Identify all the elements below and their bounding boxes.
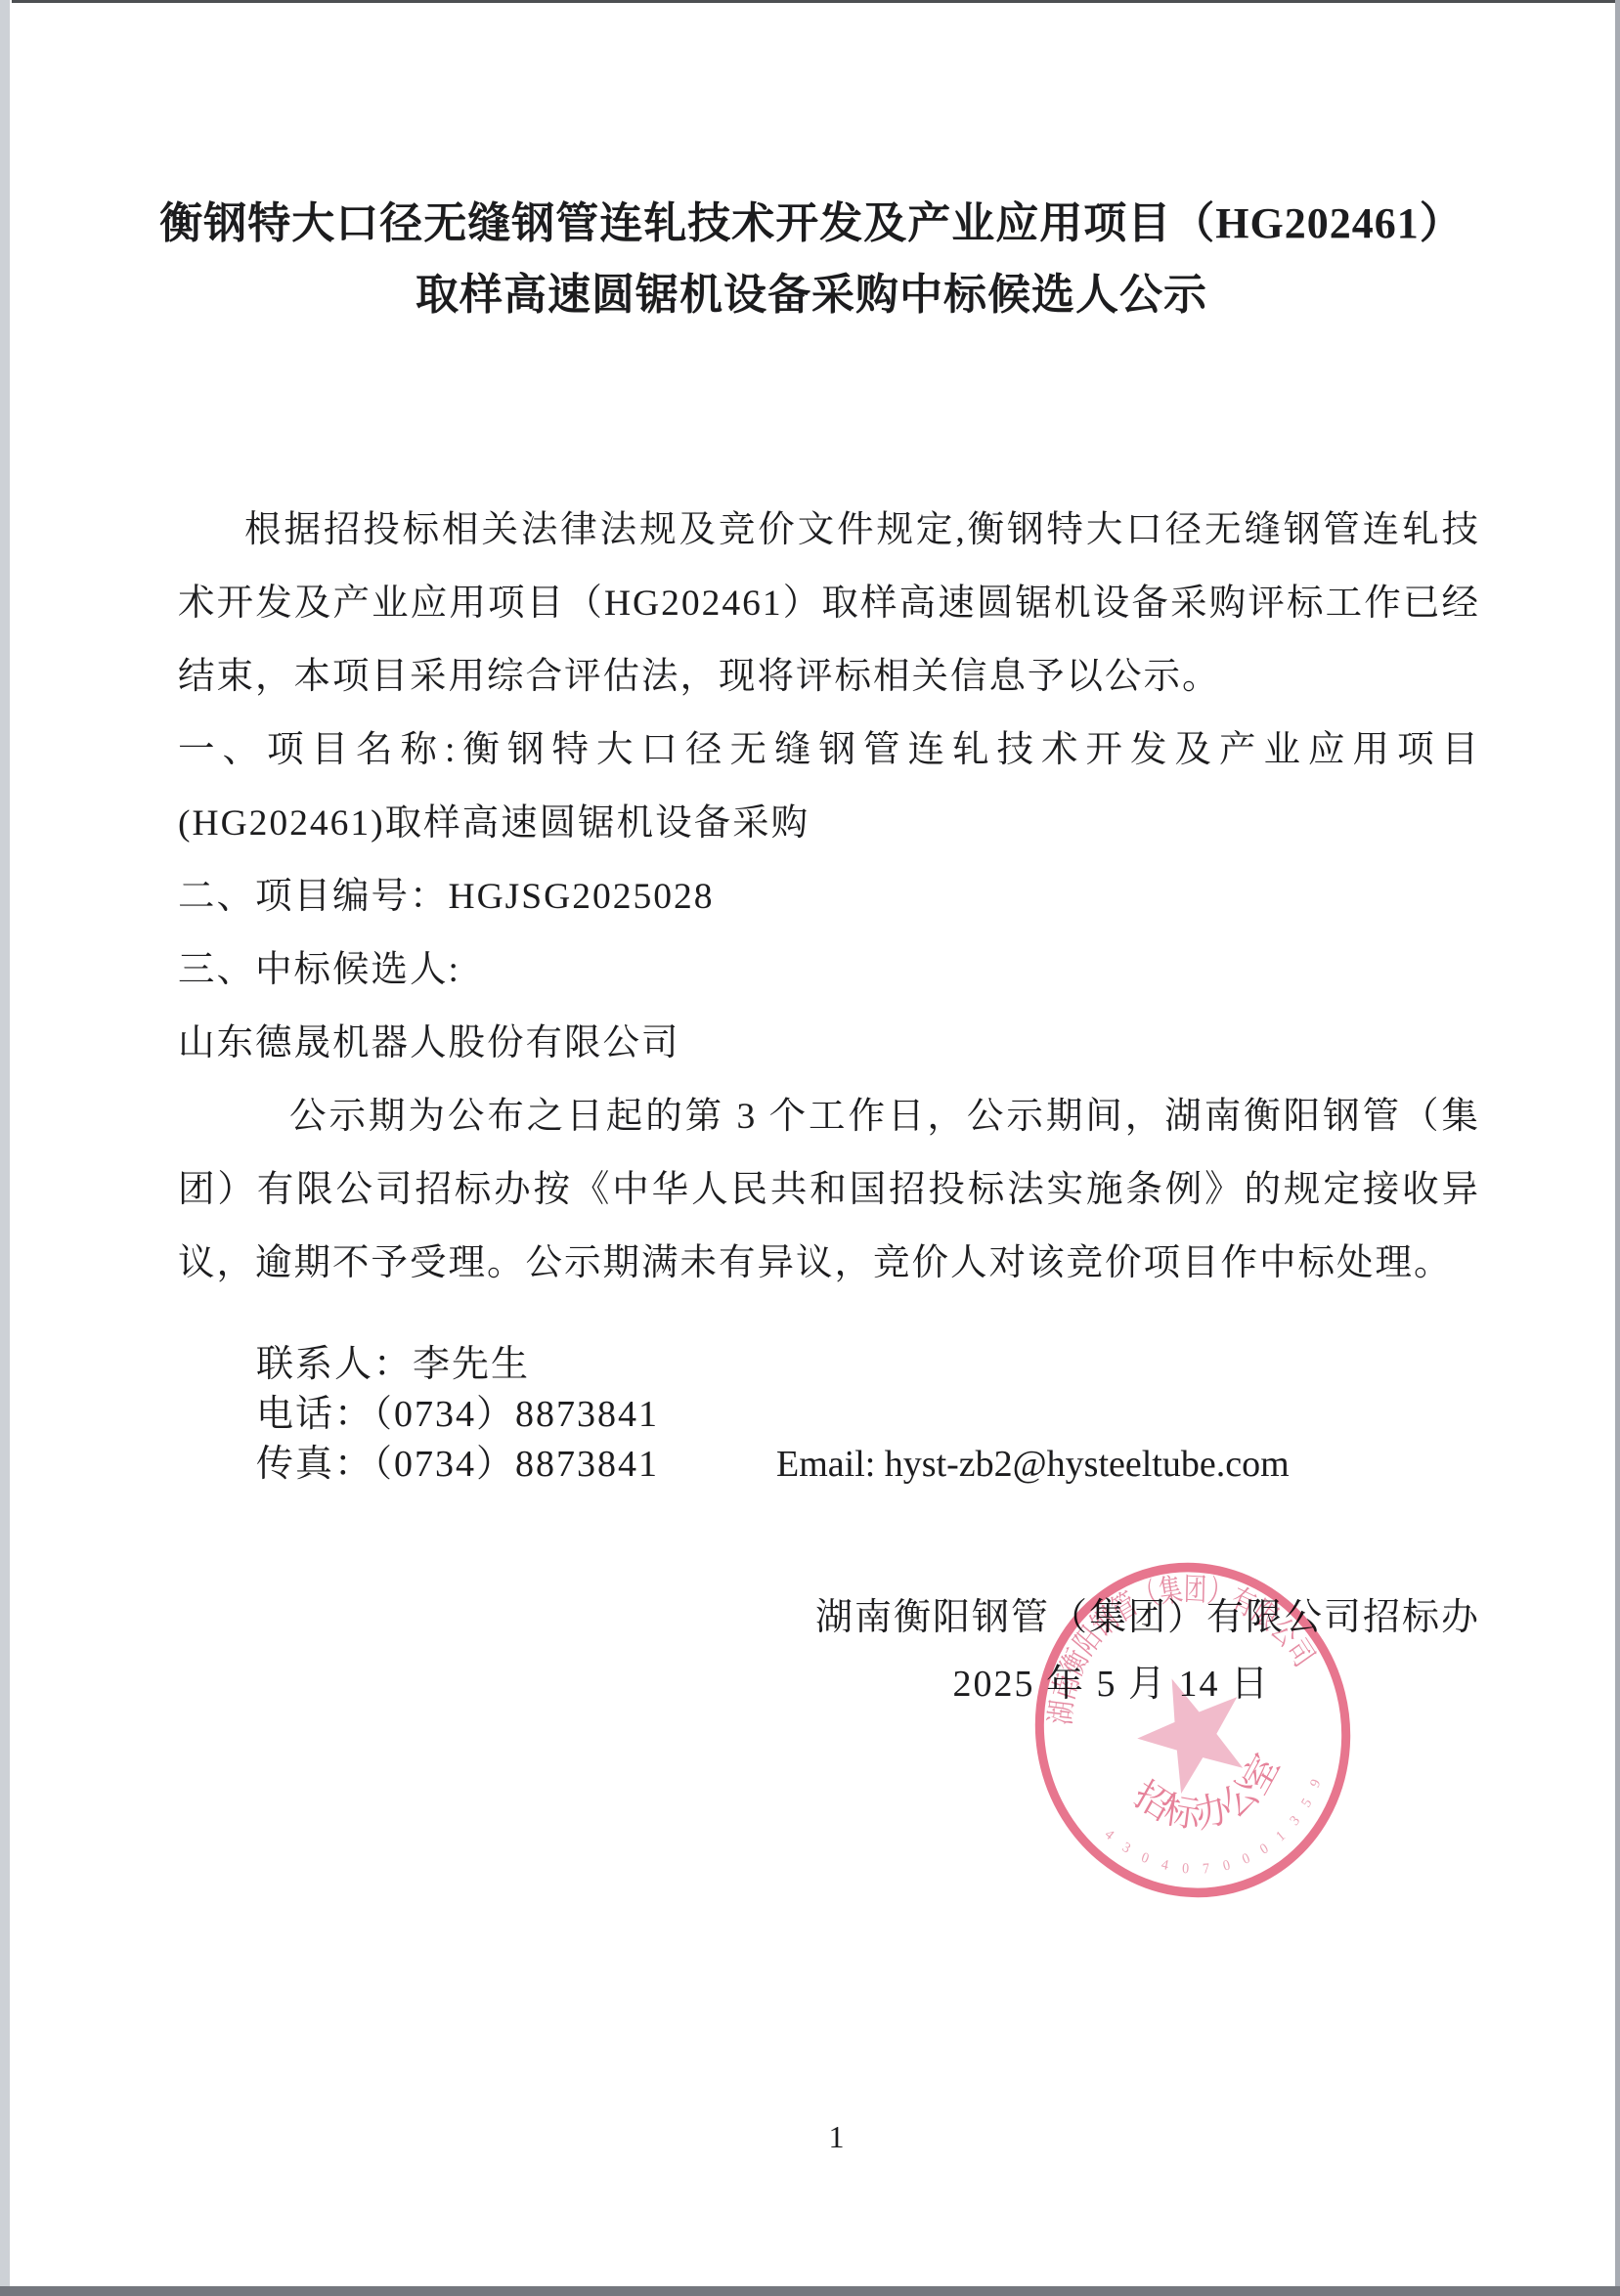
scanned-document-page: 衡钢特大口径无缝钢管连轧技术开发及产业应用项目（HG202461）取样高速圆锯机… [0, 0, 1620, 2296]
document-body: 根据招投标相关法律法规及竞价文件规定,衡钢特大口径无缝钢管连轧技术开发及产业应用… [178, 494, 1480, 1300]
scan-edge-left [0, 0, 10, 2296]
seal-office-text: 招标办公室 [1120, 1740, 1298, 1852]
signature-date: 2025 年 5 月 14 日 [178, 1651, 1480, 1717]
signature-block: 湖南衡阳钢管（集团）有限公司招标办 2025 年 5 月 14 日 [178, 1584, 1480, 1717]
contact-block: 联系人：李先生 电话：（0734）8873841 传真：（0734）887384… [256, 1340, 1488, 1490]
scan-edge-top [12, 0, 1620, 3]
winning-candidate-name: 山东德晟机器人股份有限公司 [178, 1007, 1480, 1080]
section-project-number: 二、项目编号：HGJSG2025028 [178, 860, 1480, 933]
intro-paragraph: 根据招投标相关法律法规及竞价文件规定,衡钢特大口径无缝钢管连轧技术开发及产业应用… [178, 494, 1480, 714]
contact-fax: 传真：（0734）8873841 [256, 1444, 659, 1485]
section-winning-candidate-label: 三、中标候选人: [178, 933, 1480, 1007]
seal-svg: 湖南衡阳钢管（集团）有限公司 招标办公室 4304070001359 [988, 1517, 1397, 1942]
document-title: 衡钢特大口径无缝钢管连轧技术开发及产业应用项目（HG202461）取样高速圆锯机… [147, 188, 1476, 330]
seal-serial-number: 4304070001359 [1100, 1774, 1340, 1901]
signature-organization: 湖南衡阳钢管（集团）有限公司招标办 [178, 1584, 1480, 1651]
scan-edge-bottom [0, 2286, 1620, 2296]
contact-person: 联系人：李先生 [256, 1340, 1488, 1390]
official-seal-stamp: 湖南衡阳钢管（集团）有限公司 招标办公室 4304070001359 [988, 1517, 1397, 1942]
contact-email: Email: hyst-zb2@hysteeltube.com [776, 1440, 1290, 1490]
scan-edge-right [1615, 0, 1620, 2296]
section-project-name: 一、项目名称:衡钢特大口径无缝钢管连轧技术开发及产业应用项目(HG202461)… [178, 714, 1480, 860]
contact-fax-row: 传真：（0734）8873841 Email: hyst-zb2@hysteel… [256, 1440, 1488, 1490]
notice-paragraph: 公示期为公布之日起的第 3 个工作日，公示期间，湖南衡阳钢管（集团）有限公司招标… [178, 1080, 1480, 1300]
page-number: 1 [0, 2119, 1620, 2155]
contact-phone: 电话：（0734）8873841 [256, 1390, 1488, 1440]
